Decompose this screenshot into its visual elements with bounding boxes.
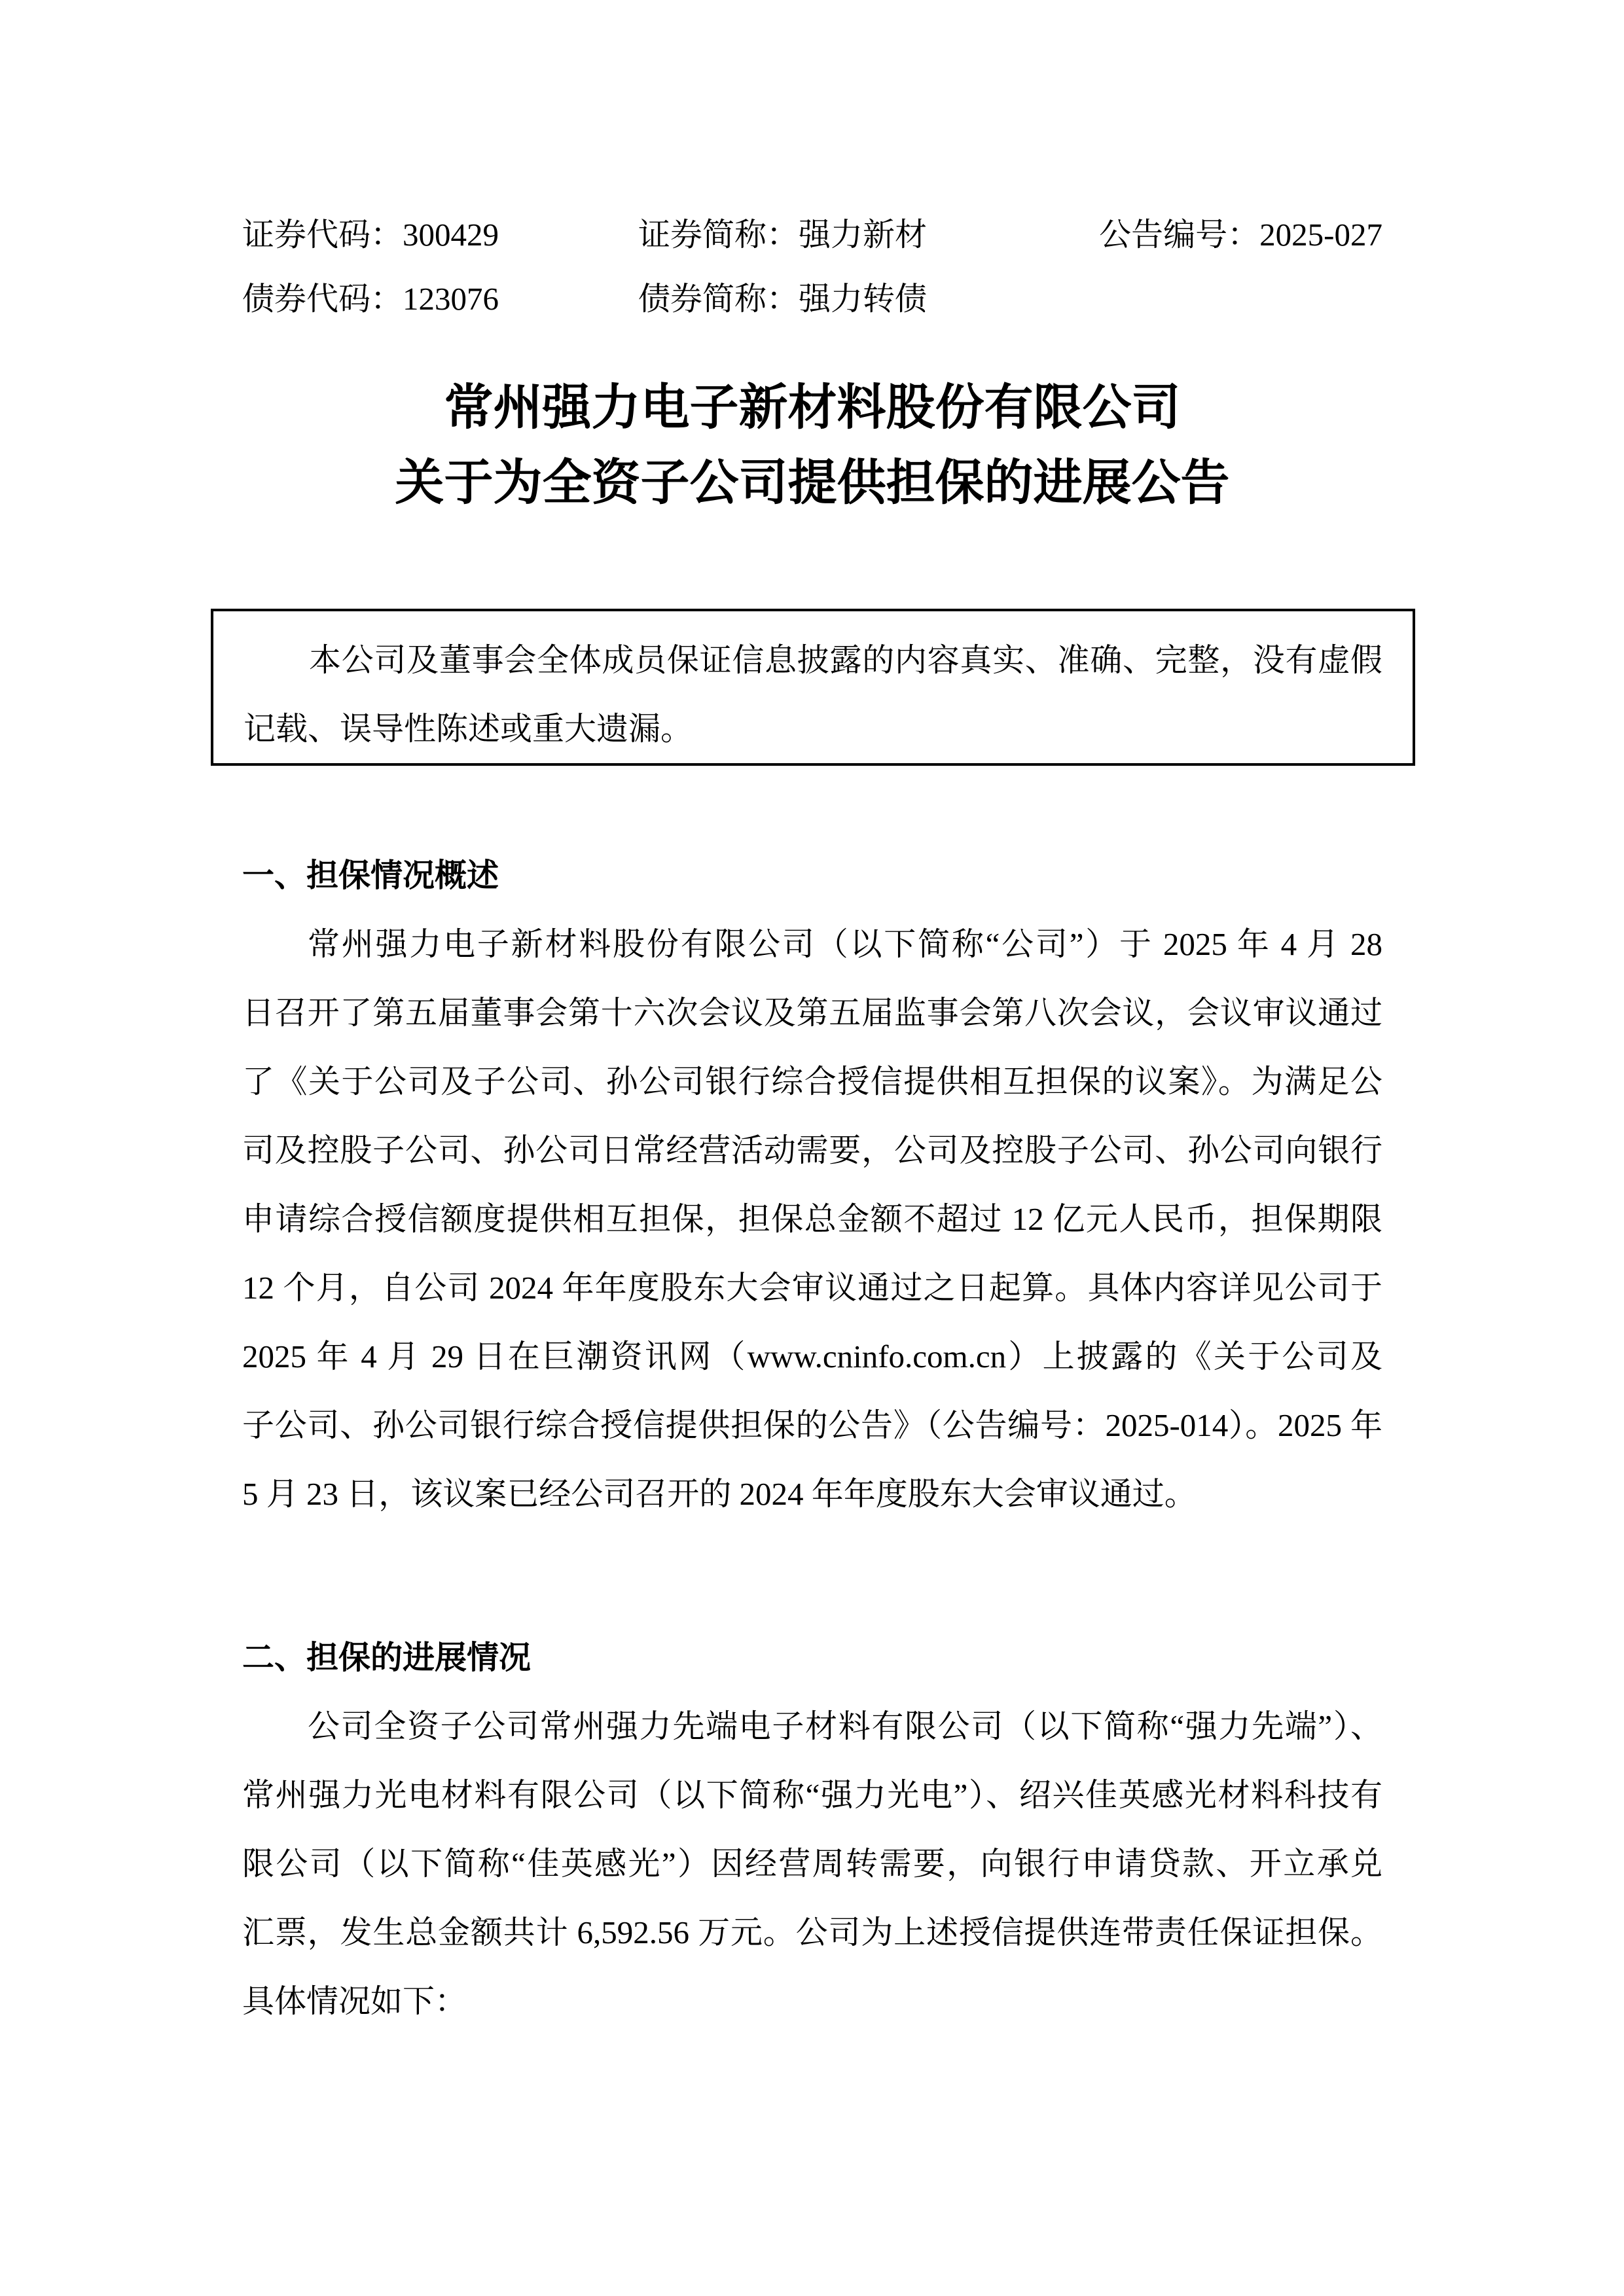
paragraph-line: 12 个月，自公司 2024 年年度股东大会审议通过之日起算。具体内容详见公司于	[242, 1253, 1382, 1322]
paragraph-line: 常州强力光电材料有限公司（以下简称“强力光电”）、绍兴佳英感光材料科技有	[242, 1761, 1382, 1829]
paragraph-line: 公司全资子公司常州强力先端电子材料有限公司（以下简称“强力先端”）、	[242, 1692, 1382, 1761]
notice-line: 记载、误导性陈述或重大遗漏。	[244, 694, 1382, 763]
disclosure-notice-box: 本公司及董事会全体成员保证信息披露的内容真实、准确、完整，没有虚假 记载、误导性…	[211, 609, 1415, 766]
announcement-number: 公告编号：2025-027	[1099, 203, 1382, 267]
header-row-bond: 债券代码：123076 债券简称：强力转债	[242, 267, 1382, 331]
doc-header: 证券代码：300429 证券简称：强力新材 公告编号：2025-027 债券代码…	[242, 203, 1382, 331]
section-2-heading: 二、担保的进展情况	[242, 1623, 1382, 1692]
section-1-paragraph: 常州强力电子新材料股份有限公司（以下简称“公司”）于 2025 年 4 月 28…	[242, 910, 1382, 1528]
paragraph-line: 常州强力电子新材料股份有限公司（以下简称“公司”）于 2025 年 4 月 28	[242, 910, 1382, 978]
paragraph-line: 具体情况如下：	[242, 1967, 1382, 2036]
paragraph-line: 子公司、孙公司银行综合授信提供担保的公告》（公告编号：2025-014）。202…	[242, 1391, 1382, 1460]
securities-code: 证券代码：300429	[242, 203, 638, 267]
paragraph-line: 了《关于公司及子公司、孙公司银行综合授信提供相互担保的议案》。为满足公	[242, 1047, 1382, 1116]
securities-abbr: 证券简称：强力新材	[638, 203, 1099, 267]
header-row-securities: 证券代码：300429 证券简称：强力新材 公告编号：2025-027	[242, 203, 1382, 267]
document-page: 证券代码：300429 证券简称：强力新材 公告编号：2025-027 债券代码…	[0, 0, 1624, 2296]
section-guarantee-overview: 一、担保情况概述 常州强力电子新材料股份有限公司（以下简称“公司”）于 2025…	[242, 841, 1382, 1528]
section-1-heading: 一、担保情况概述	[242, 841, 1382, 910]
section-2-paragraph: 公司全资子公司常州强力先端电子材料有限公司（以下简称“强力先端”）、 常州强力光…	[242, 1692, 1382, 2036]
notice-line: 本公司及董事会全体成员保证信息披露的内容真实、准确、完整，没有虚假	[244, 626, 1382, 694]
company-name-title-line: 常州强力电子新材料股份有限公司	[242, 370, 1382, 446]
paragraph-line: 申请综合授信额度提供相互担保，担保总金额不超过 12 亿元人民币，担保期限	[242, 1185, 1382, 1253]
document-title: 常州强力电子新材料股份有限公司 关于为全资子公司提供担保的进展公告	[242, 370, 1382, 521]
section-guarantee-progress: 二、担保的进展情况 公司全资子公司常州强力先端电子材料有限公司（以下简称“强力先…	[242, 1623, 1382, 2036]
paragraph-line: 日召开了第五届董事会第十六次会议及第五届监事会第八次会议，会议审议通过	[242, 978, 1382, 1047]
paragraph-line: 5 月 23 日，该议案已经公司召开的 2024 年年度股东大会审议通过。	[242, 1460, 1382, 1528]
announcement-title-line: 关于为全资子公司提供担保的进展公告	[242, 446, 1382, 521]
bond-code: 债券代码：123076	[242, 267, 638, 331]
paragraph-line: 限公司（以下简称“佳英感光”）因经营周转需要，向银行申请贷款、开立承兑	[242, 1829, 1382, 1898]
bond-abbr: 债券简称：强力转债	[638, 267, 1382, 331]
paragraph-line: 2025 年 4 月 29 日在巨潮资讯网（www.cninfo.com.cn）…	[242, 1322, 1382, 1391]
paragraph-line: 司及控股子公司、孙公司日常经营活动需要，公司及控股子公司、孙公司向银行	[242, 1116, 1382, 1185]
paragraph-line: 汇票，发生总金额共计 6,592.56 万元。公司为上述授信提供连带责任保证担保…	[242, 1898, 1382, 1967]
